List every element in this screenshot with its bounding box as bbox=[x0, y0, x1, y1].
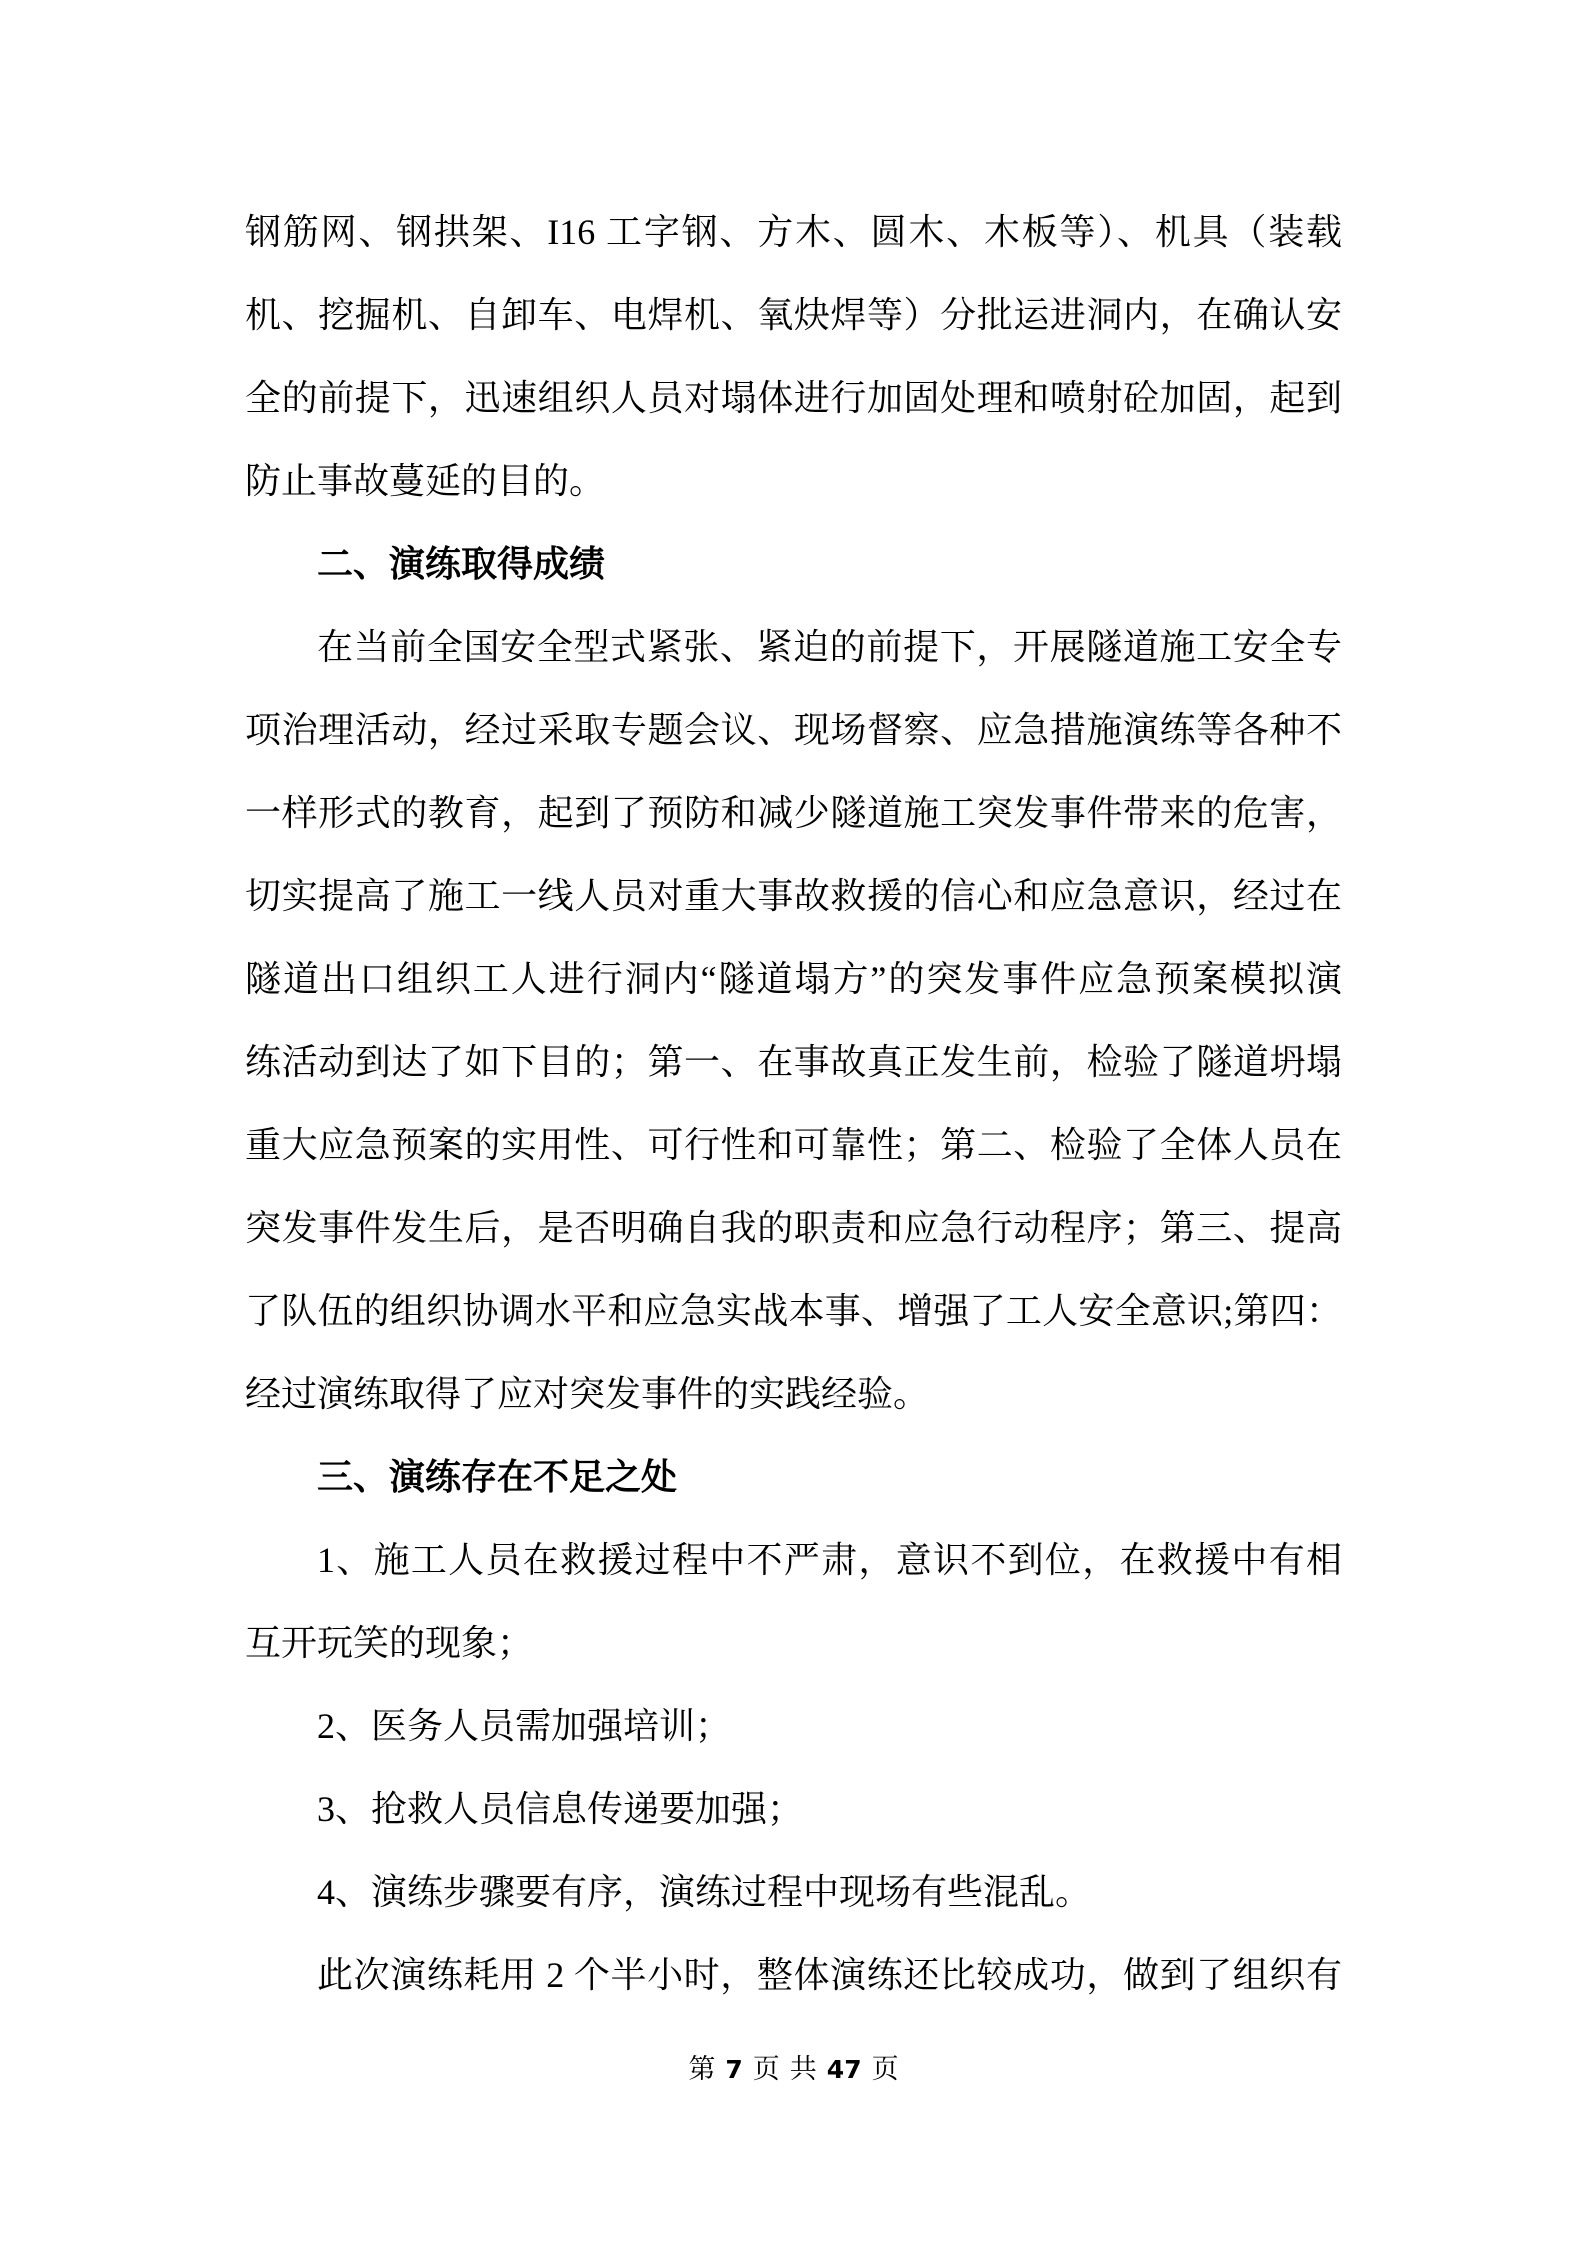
text-line: 突发事件发生后，是否明确自我的职责和应急行动程序；第三、提高 bbox=[245, 1187, 1342, 1270]
text-line: 2、医务人员需加强培训； bbox=[245, 1685, 1342, 1768]
text-line: 了队伍的组织协调水平和应急实战本事、增强了工人安全意识;第四： bbox=[245, 1270, 1342, 1353]
text-line: 1、施工人员在救援过程中不严肃，意识不到位，在救援中有相 bbox=[245, 1519, 1342, 1602]
paragraph: 4、演练步骤要有序，演练过程中现场有些混乱。 bbox=[245, 1851, 1342, 1934]
text-line: 3、抢救人员信息传递要加强； bbox=[245, 1768, 1342, 1851]
paragraph: 3、抢救人员信息传递要加强； bbox=[245, 1768, 1342, 1851]
text-line: 全的前提下，迅速组织人员对塌体进行加固处理和喷射砼加固，起到 bbox=[245, 357, 1342, 440]
text-line: 练活动到达了如下目的；第一、在事故真正发生前，检验了隧道坍塌 bbox=[245, 1021, 1342, 1104]
paragraph: 此次演练耗用 2 个半小时，整体演练还比较成功，做到了组织有 bbox=[245, 1934, 1342, 2017]
text-line: 项治理活动，经过采取专题会议、现场督察、应急措施演练等各种不 bbox=[245, 689, 1342, 772]
section-heading: 三、演练存在不足之处 bbox=[245, 1436, 1342, 1519]
paragraph: 1、施工人员在救援过程中不严肃，意识不到位，在救援中有相互开玩笑的现象； bbox=[245, 1519, 1342, 1685]
footer-label: 第 bbox=[688, 2054, 715, 2084]
text-line: 切实提高了施工一线人员对重大事故救援的信心和应急意识，经过在 bbox=[245, 855, 1342, 938]
text-line: 此次演练耗用 2 个半小时，整体演练还比较成功，做到了组织有 bbox=[245, 1934, 1342, 2017]
page-number: 47 bbox=[827, 2055, 862, 2084]
footer-label: 页 bbox=[753, 2054, 780, 2084]
text-line: 经过演练取得了应对突发事件的实践经验。 bbox=[245, 1353, 1342, 1436]
document-body: 钢筋网、钢拱架、I16 工字钢、方木、圆木、木板等）、机具（装载机、挖掘机、自卸… bbox=[245, 191, 1342, 2017]
footer-label: 页 bbox=[872, 2054, 899, 2084]
document-page: 钢筋网、钢拱架、I16 工字钢、方木、圆木、木板等）、机具（装载机、挖掘机、自卸… bbox=[0, 0, 1587, 2245]
page-number: 7 bbox=[725, 2055, 742, 2084]
paragraph: 在当前全国安全型式紧张、紧迫的前提下，开展隧道施工安全专项治理活动，经过采取专题… bbox=[245, 606, 1342, 1436]
text-line: 机、挖掘机、自卸车、电焊机、氧炔焊等）分批运进洞内，在确认安 bbox=[245, 274, 1342, 357]
text-line: 隧道出口组织工人进行洞内“隧道塌方”的突发事件应急预案模拟演 bbox=[245, 938, 1342, 1021]
paragraph: 2、医务人员需加强培训； bbox=[245, 1685, 1342, 1768]
page-footer-text: 第7页共47页 bbox=[683, 2042, 903, 2097]
paragraph: 钢筋网、钢拱架、I16 工字钢、方木、圆木、木板等）、机具（装载机、挖掘机、自卸… bbox=[245, 191, 1342, 523]
text-line: 4、演练步骤要有序，演练过程中现场有些混乱。 bbox=[245, 1851, 1342, 1934]
text-line: 互开玩笑的现象； bbox=[245, 1602, 1342, 1685]
text-line: 重大应急预案的实用性、可行性和可靠性；第二、检验了全体人员在 bbox=[245, 1104, 1342, 1187]
heading-line: 二、演练取得成绩 bbox=[245, 523, 1342, 606]
heading-line: 三、演练存在不足之处 bbox=[245, 1436, 1342, 1519]
section-heading: 二、演练取得成绩 bbox=[245, 523, 1342, 606]
text-line: 一样形式的教育，起到了预防和减少隧道施工突发事件带来的危害， bbox=[245, 772, 1342, 855]
footer-label: 共 bbox=[790, 2054, 817, 2084]
page-footer: 第7页共47页 bbox=[0, 2042, 1587, 2097]
text-line: 在当前全国安全型式紧张、紧迫的前提下，开展隧道施工安全专 bbox=[245, 606, 1342, 689]
text-line: 防止事故蔓延的目的。 bbox=[245, 440, 1342, 523]
text-line: 钢筋网、钢拱架、I16 工字钢、方木、圆木、木板等）、机具（装载 bbox=[245, 191, 1342, 274]
